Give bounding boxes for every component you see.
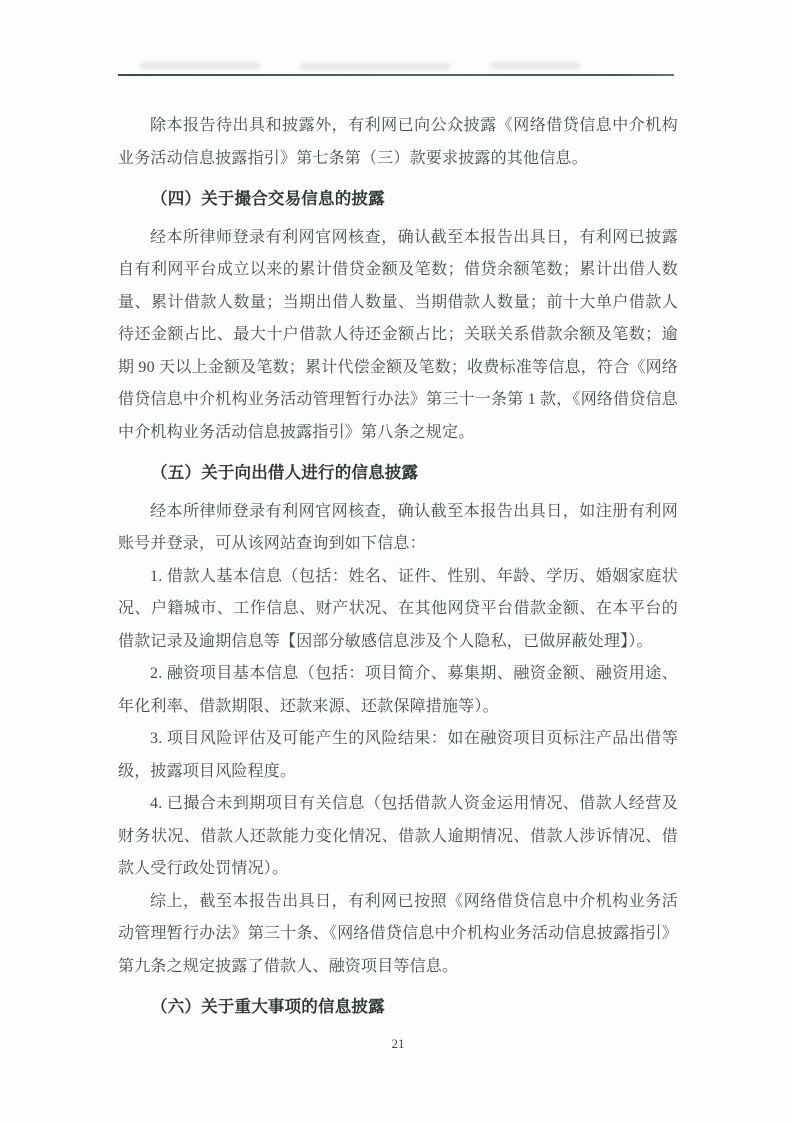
page-content: 除本报告待出具和披露外，有利网已向公众披露《网络借贷信息中介机构业务活动信息披露… xyxy=(118,0,678,1030)
list-item-3-risk-assessment: 3. 项目风险评估及可能产生的风险结果：如在融资项目页标注产品出借等级，披露项目… xyxy=(118,723,678,788)
page-number: 21 xyxy=(118,1036,678,1052)
paragraph-lender-intro: 经本所律师登录有利网官网核查，确认截至本报告出具日，如注册有利网账号并登录，可从… xyxy=(118,496,678,561)
section-heading-4-matchmaking-disclosure: （四）关于撮合交易信息的披露 xyxy=(118,183,678,216)
header-rule xyxy=(118,74,674,76)
paragraph-summary: 综上，截至本报告出具日，有利网已按照《网络借贷信息中介机构业务活动管理暂行办法》… xyxy=(118,886,678,984)
paragraph-other-disclosure: 除本报告待出具和披露外，有利网已向公众披露《网络借贷信息中介机构业务活动信息披露… xyxy=(118,110,678,175)
scanned-document-page: 除本报告待出具和披露外，有利网已向公众披露《网络借贷信息中介机构业务活动信息披露… xyxy=(0,0,793,1123)
list-item-4-unexpired-project-info: 4. 已撮合未到期项目有关信息（包括借款人资金运用情况、借款人经营及财务状况、借… xyxy=(118,788,678,886)
section-heading-5-lender-disclosure: （五）关于向出借人进行的信息披露 xyxy=(118,457,678,490)
section-heading-6-major-events-disclosure: （六）关于重大事项的信息披露 xyxy=(118,991,678,1024)
list-item-2-financing-project-info: 2. 融资项目基本信息（包括：项目简介、募集期、融资金额、融资用途、年化利率、借… xyxy=(118,658,678,723)
list-item-1-borrower-basic-info: 1. 借款人基本信息（包括：姓名、证件、性别、年龄、学历、婚姻家庭状况、户籍城市… xyxy=(118,561,678,659)
paragraph-matchmaking-verification: 经本所律师登录有利网官网核查，确认截至本报告出具日，有利网已披露自有利网平台成立… xyxy=(118,222,678,450)
